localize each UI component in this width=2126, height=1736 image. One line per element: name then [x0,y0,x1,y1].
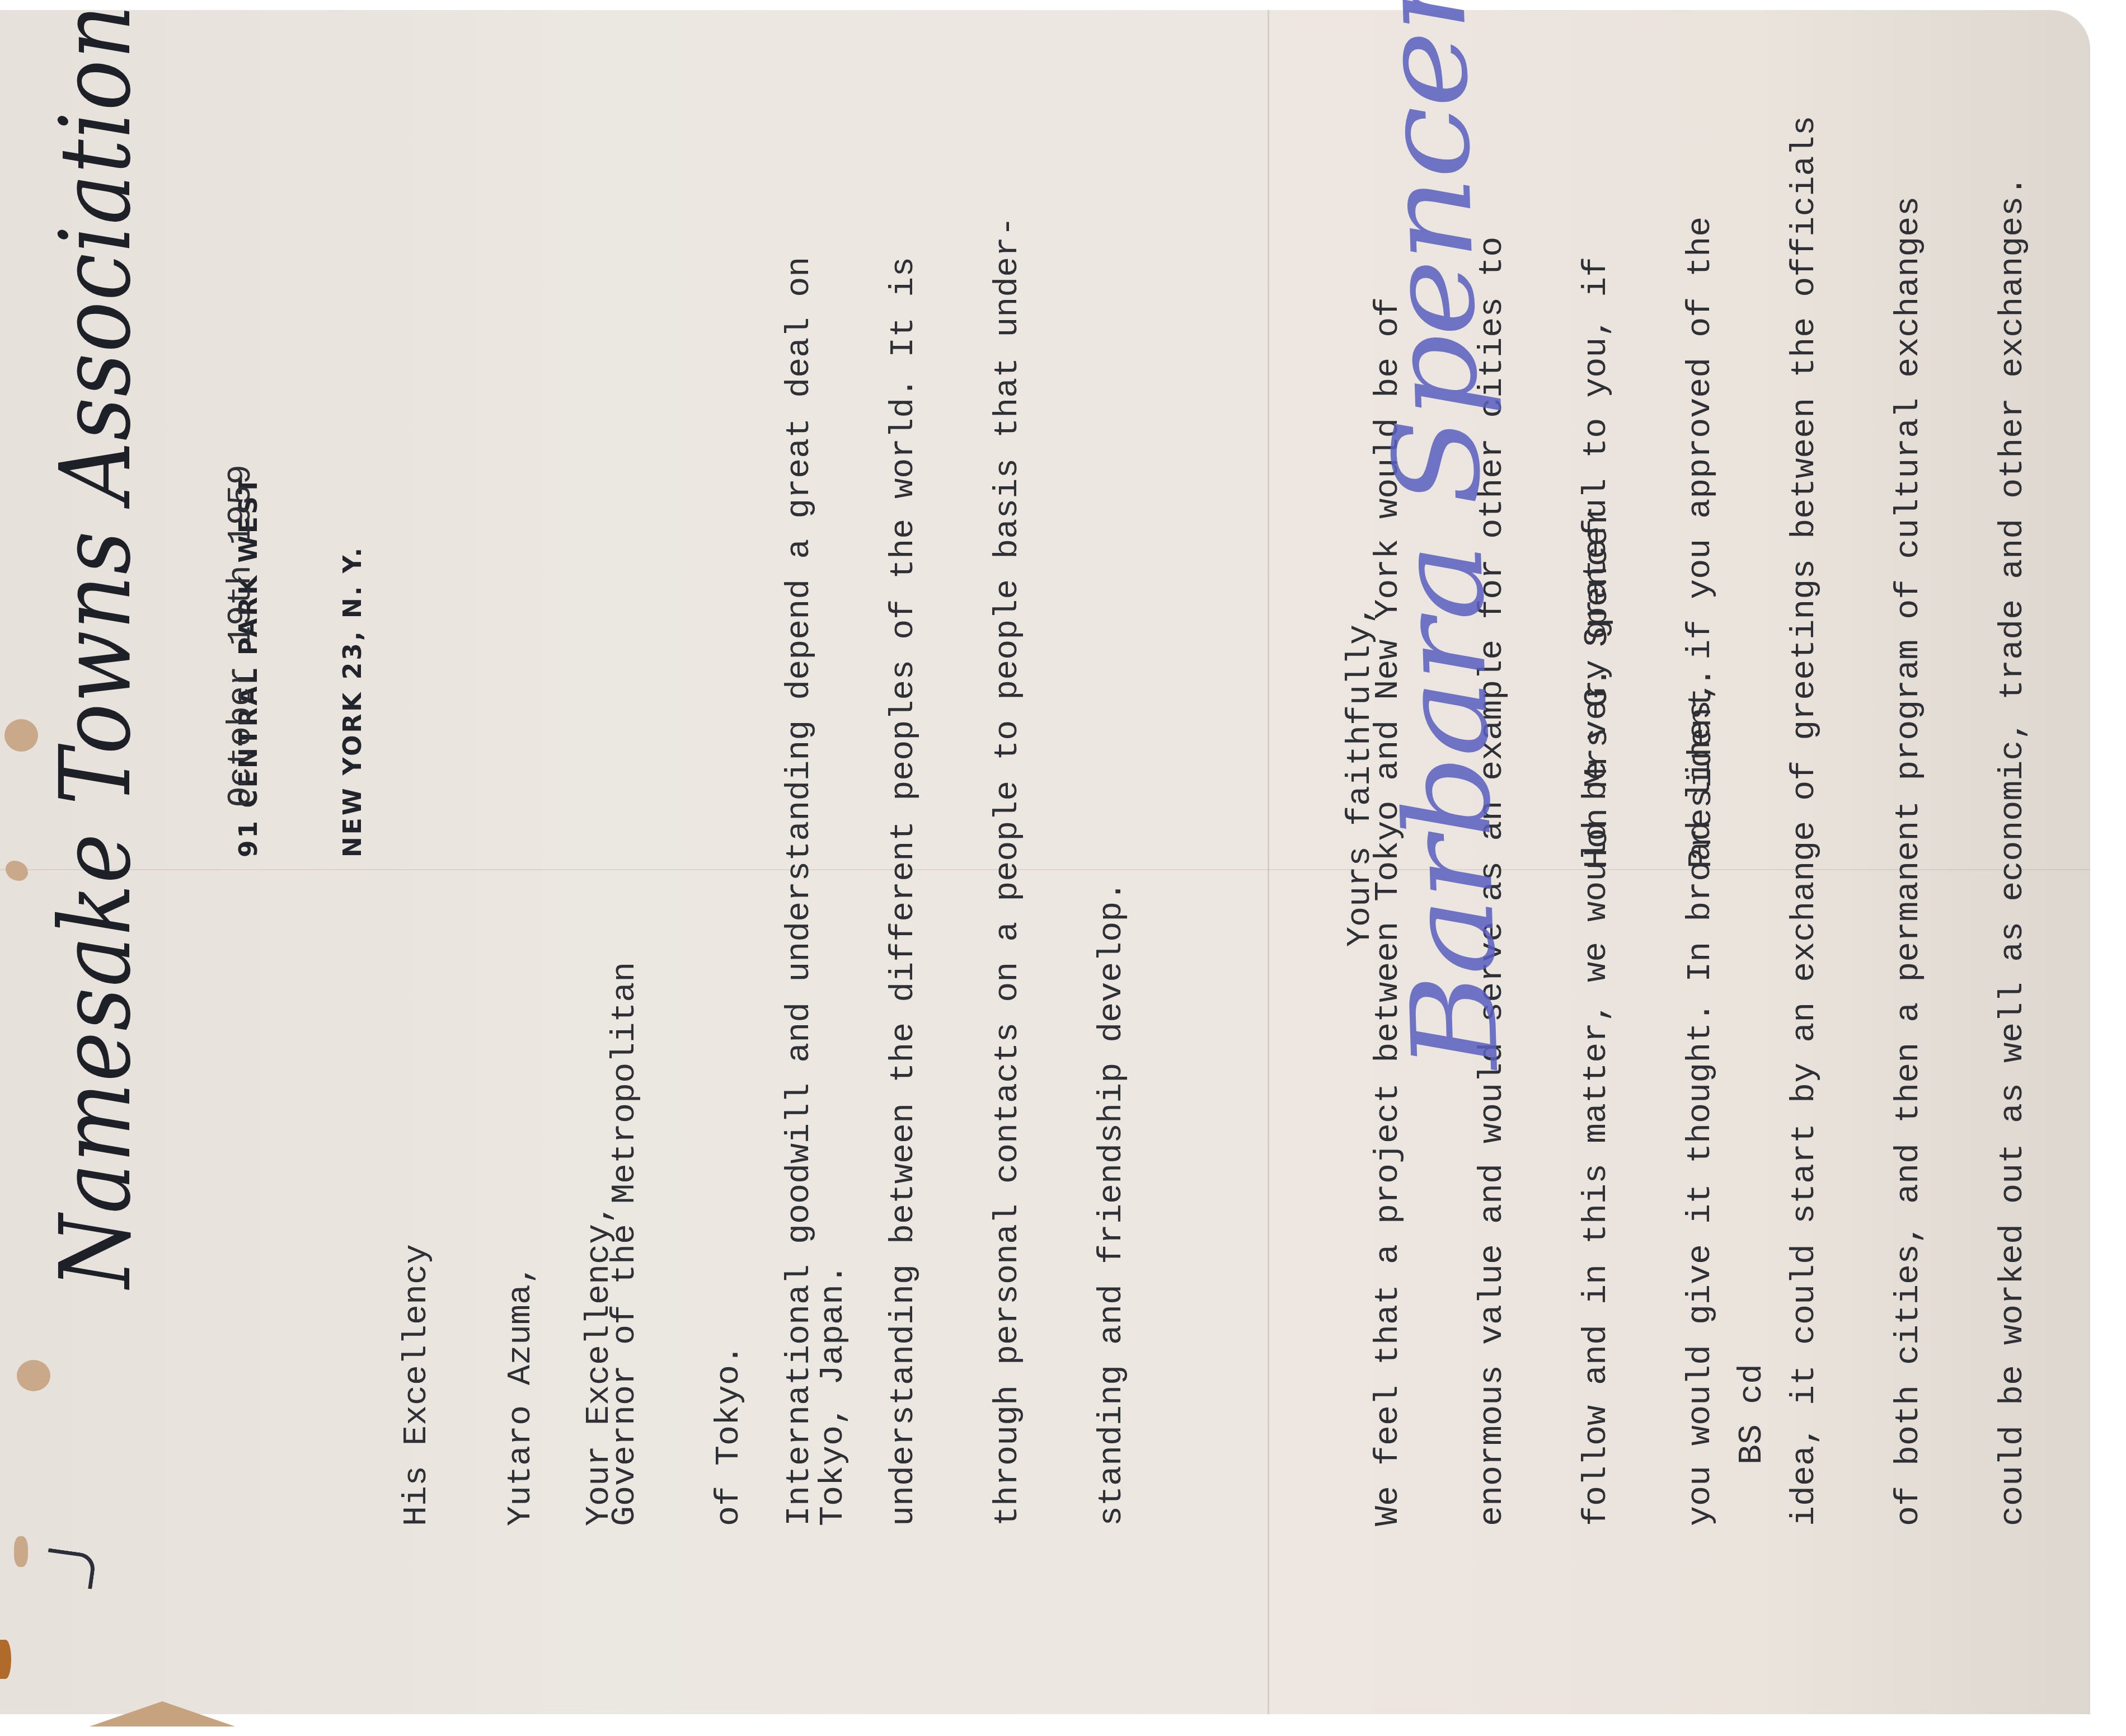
letterhead-organization: Namesake Towns Association [39,4,153,1288]
body-line: understanding between the different peop… [886,71,921,1526]
address-line: NEW YORK 23, N. Y. [336,475,370,857]
recipient-line: His Excellency [400,962,434,1526]
signer-block: Hon Mrs G. Spencer President. [1511,506,1789,869]
torn-edge [90,1701,235,1726]
body-line: could be worked out as well as economic,… [1996,71,2030,1526]
signer-title: President. [1684,506,1719,869]
salutation: Your Excellency, [582,1204,617,1526]
letter: Namesake Towns Association 91 CENTRAL PA… [0,1,2015,1680]
body-paragraph: International goodwill and understanding… [713,71,1199,1526]
body-line: standing and friendship develop. [1095,71,1129,1526]
recipient-line: Yutaro Azuma, [504,962,538,1526]
reference-initials: BS cd [1735,1364,1770,1465]
letter-date: October 19th 1959 [224,465,259,807]
signer-name: Hon Mrs G. Spencer [1580,506,1615,869]
scanned-letter-stage: Namesake Towns Association 91 CENTRAL PA… [0,0,2126,1736]
body-line: through personal contacts on a people to… [991,71,1025,1526]
closing: Yours faithfully, [1343,604,1378,947]
body-line: International goodwill and understanding… [782,71,817,1526]
body-line: of both cities, and then a permanent pro… [1892,71,1926,1526]
letterhead-address: 91 CENTRAL PARK WEST NEW YORK 23, N. Y. [162,475,440,857]
body-line: idea, it could start by an exchange of g… [1787,71,1822,1526]
